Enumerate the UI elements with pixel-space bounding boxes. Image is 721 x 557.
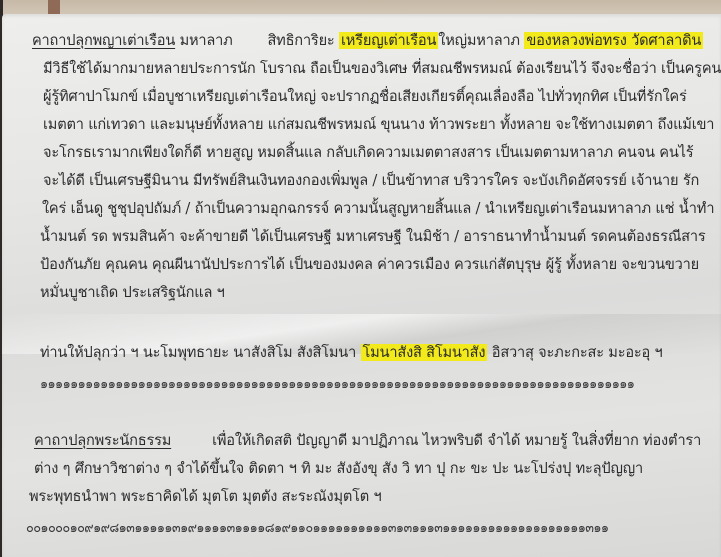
section1-line-3: ผู้รู้ทิศาปาโมกข์ เมื่อบูชาเหรียญเต่าเรื… (43, 87, 687, 107)
highlight-monk-temple: ของหลวงพ่อทรง วัดศาลาดิน (524, 32, 703, 49)
section1-heading: คาถาปลุกพญาเต่าเรือน (32, 32, 175, 49)
section1-opening: สิทธิการิยะ (267, 32, 334, 49)
section3-line-3: พระพุทธนำพา พระธาคิดได้ มุตโต มุตตัง สะร… (29, 487, 382, 507)
section1-coin-suffix: ใหญ่มหาลาภ (438, 32, 520, 49)
section1-line-4: เมตตา แก่เทวดา และมนุษย์ทั้งหลาย แก่สมณช… (43, 115, 714, 135)
section2-mantra-line: ท่านให้ปลุกว่า ฯ นะโมพุทธายะ นาสังสิโม ส… (40, 343, 663, 363)
divider-thai-numerals-1: ๑๑๑๑๑๑๑๑๑๑๑๑๑๑๑๑๑๑๑๑๑๑๑๑๑๑๑๑๑๑๑๑๑๑๑๑๑๑๑๑… (40, 377, 715, 393)
section3-heading: คาถาปลุกพระนักธรรม (34, 432, 171, 449)
section1-line-5: จะโกรธเรามากเพียงใดก็ดี หายสูญ หมดสิ้นแล… (43, 143, 693, 163)
section1-line-6: จะได้ดี เป็นเศรษฐีมินาน มีทรัพย์สินเงินท… (43, 171, 699, 191)
section3-line-1: คาถาปลุกพระนักธรรม เพื่อให้เกิดสติ ปัญญา… (34, 431, 701, 451)
section3-line-2: ต่าง ๆ ศึกษาวิชาต่าง ๆ จำได้ขึ้นใจ ติดตา… (34, 459, 643, 479)
section1-line-10: หมั่นบูชาเถิด ประเสริฐนักแล ฯ (40, 283, 225, 303)
divider-thai-numerals-2: ๐๐๑๐๐๐๑๐๙๑๙๘๑๓๑๑๑๑๑๓๑๙๑๑๑๑๓๑๑๑๑๘๑๙๑๑๐๑๑๑… (26, 521, 716, 537)
paper-sheet: คาถาปลุกพญาเต่าเรือน มหาลาภ สิทธิการิยะ … (2, 14, 721, 557)
section1-line-1: คาถาปลุกพญาเต่าเรือน มหาลาภ สิทธิการิยะ … (32, 31, 703, 51)
mantra-outro: อิสวาสุ จะภะกะสะ มะอะอุ ฯ (492, 344, 663, 361)
section1-heading-suffix: มหาลาภ (180, 32, 233, 49)
mantra-intro: ท่านให้ปลุกว่า ฯ นะโมพุทธายะ นาสังสิโม ส… (40, 344, 356, 361)
section1-line-7: ใคร่ เอ็นดู ชูชุปอุปถัมภ์ / ถ้าเป็นความอ… (42, 199, 714, 219)
section1-line-2: มีวิธีใช้ได้มากมายหลายประการนัก โบราณ ถื… (43, 59, 721, 79)
highlight-mantra: โมนาสังสิ สิโมนาสัง (361, 344, 488, 361)
section1-line-9: ป้องกันภัย คุณคน คุณผีนานัปประการได้ เป็… (40, 255, 699, 275)
section1-line-8: น้ำมนต์ รด พรมสินค้า จะค้าขายดี ได้เป็นเ… (40, 227, 706, 247)
highlight-coin-name: เหรียญเต่าเรือน (339, 32, 438, 49)
section3-line1-text: เพื่อให้เกิดสติ ปัญญาดี มาปฏิภาณ ไหวพริบ… (212, 432, 701, 449)
